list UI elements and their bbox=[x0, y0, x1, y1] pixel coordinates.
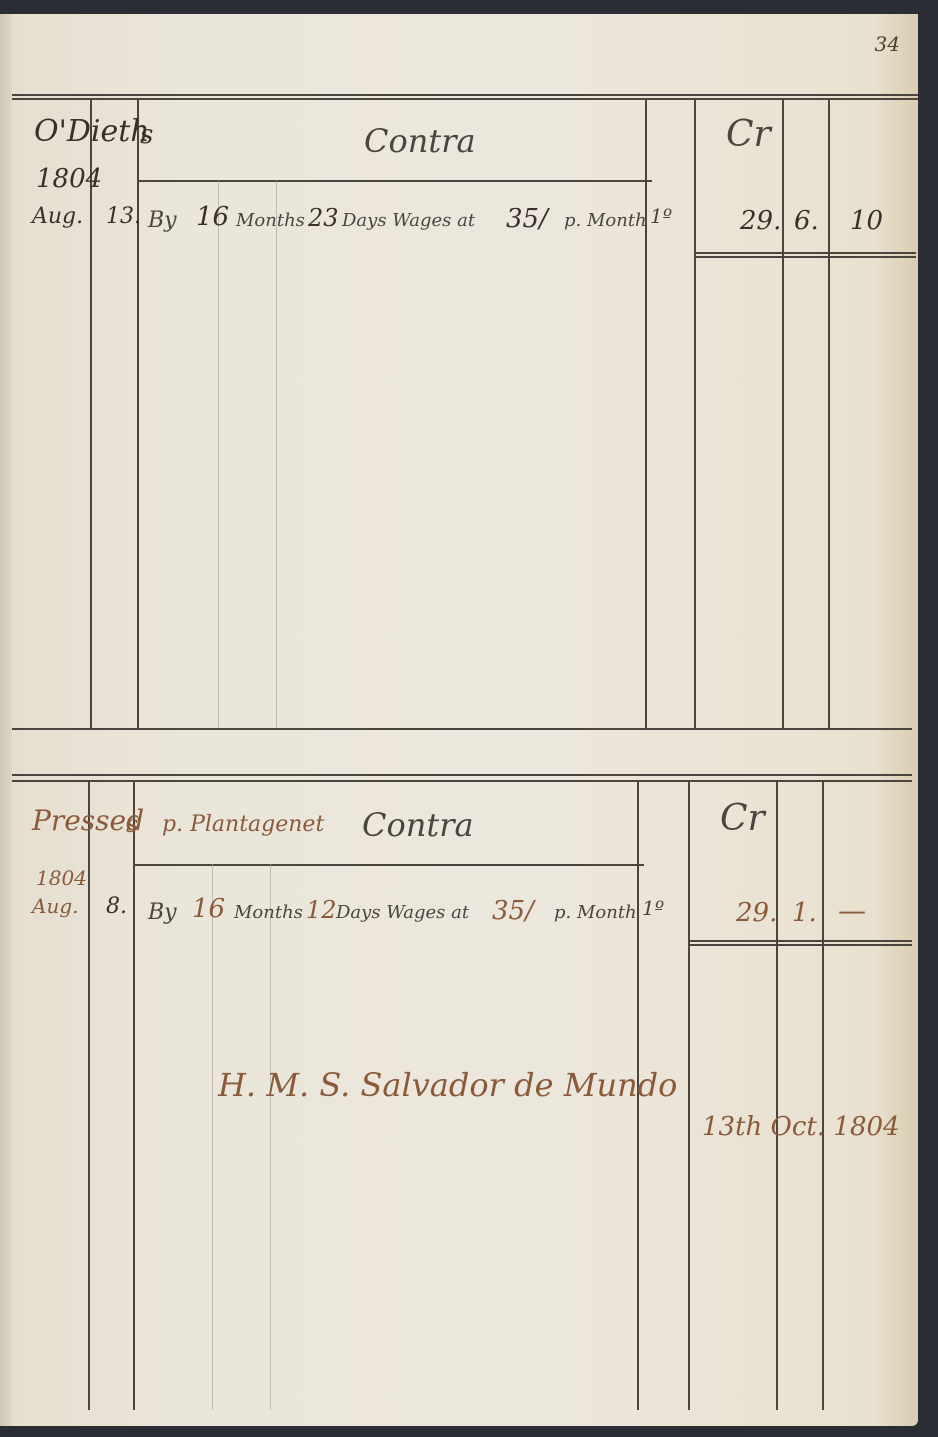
per-month-label: p. Month bbox=[554, 902, 637, 923]
months-label: Months bbox=[234, 902, 303, 923]
amount-pounds: 29. bbox=[740, 206, 781, 236]
rule-heading bbox=[138, 180, 652, 182]
amount-pounds: 29. bbox=[736, 898, 777, 928]
col-rule-pence bbox=[828, 98, 830, 728]
col-rule-pence bbox=[822, 780, 824, 1410]
rule-amount-1 bbox=[688, 940, 912, 942]
rule-top-1 bbox=[12, 94, 918, 96]
entry-month: Aug. bbox=[32, 204, 83, 229]
faint-rule bbox=[276, 180, 277, 728]
entry-day: 8. bbox=[106, 894, 127, 919]
rule-bottom bbox=[12, 728, 912, 730]
rate-value: 35/ bbox=[506, 204, 548, 234]
by-label: By bbox=[148, 208, 177, 233]
folio: 1º bbox=[650, 204, 672, 228]
amount-pence: 10 bbox=[850, 206, 883, 236]
entry-month: Aug. bbox=[32, 894, 78, 918]
col-rule-date bbox=[88, 780, 90, 1410]
heading-suffix: s bbox=[140, 120, 153, 150]
faint-rule bbox=[212, 864, 213, 1410]
days-label: Days Wages at bbox=[336, 902, 469, 923]
entry-day: 13. bbox=[106, 204, 141, 229]
contra-heading: Contra bbox=[362, 806, 474, 844]
credit-heading: Cr bbox=[726, 114, 771, 155]
heading-suffix: s bbox=[126, 810, 138, 838]
faint-rule bbox=[270, 864, 271, 1410]
faint-rule bbox=[218, 180, 219, 728]
rule-amount-2 bbox=[688, 944, 912, 946]
entry-year: 1804 bbox=[36, 164, 102, 194]
page-number: 34 bbox=[875, 32, 900, 56]
col-rule-day bbox=[137, 98, 139, 728]
col-rule-pounds bbox=[694, 98, 696, 728]
rule-amount-1 bbox=[694, 252, 916, 254]
col-rule-day bbox=[133, 780, 135, 1410]
amount-pence: — bbox=[838, 894, 866, 927]
per-month-label: p. Month bbox=[564, 210, 647, 231]
months-label: Months bbox=[236, 210, 305, 231]
rule-heading bbox=[134, 864, 644, 866]
amount-shillings: 1. bbox=[792, 898, 817, 928]
by-label: By bbox=[148, 900, 177, 925]
rule-amount-2 bbox=[694, 256, 916, 258]
col-rule-shillings bbox=[776, 780, 778, 1410]
entry-name: O'Dieth bbox=[34, 114, 150, 149]
rule-top-1 bbox=[12, 774, 912, 776]
ship-annotation: H. M. S. Salvador de Mundo bbox=[218, 1066, 677, 1104]
ledger-page: 34 O'Dieth s Contra Cr 1804 Aug. 13. By … bbox=[12, 14, 918, 1426]
col-rule-pounds bbox=[688, 780, 690, 1410]
days-value: 12 bbox=[306, 896, 337, 924]
col-rule-folio bbox=[645, 98, 647, 728]
months-value: 16 bbox=[192, 894, 225, 924]
months-value: 16 bbox=[196, 202, 229, 232]
annotation-date: 13th Oct. 1804 bbox=[702, 1112, 900, 1142]
amount-shillings: 6. bbox=[794, 206, 819, 236]
entry-year: 1804 bbox=[36, 866, 87, 890]
col-rule-shillings bbox=[782, 98, 784, 728]
ship-note: p. Plantagenet bbox=[162, 812, 324, 837]
folio: 1º bbox=[642, 896, 664, 920]
credit-heading: Cr bbox=[720, 798, 765, 839]
days-label: Days Wages at bbox=[342, 210, 475, 231]
contra-heading: Contra bbox=[364, 122, 476, 160]
days-value: 23 bbox=[308, 204, 339, 232]
rate-value: 35/ bbox=[492, 896, 534, 926]
